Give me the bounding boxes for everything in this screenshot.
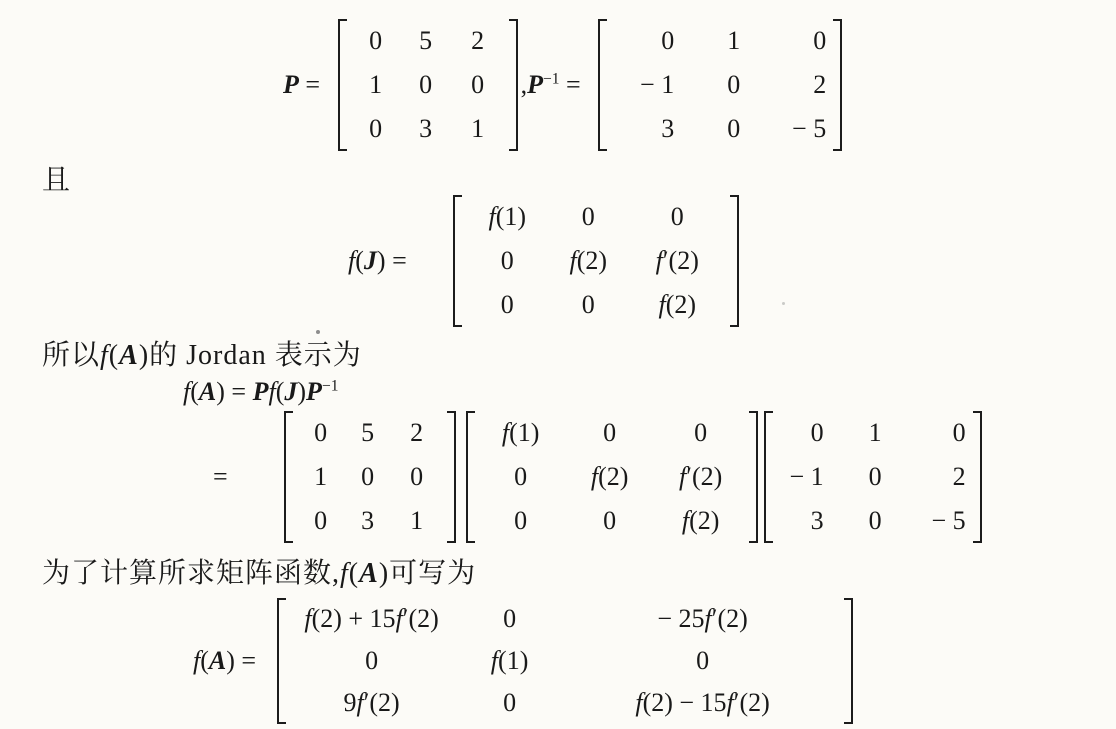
matrix-cell: 0 xyxy=(398,70,454,100)
matrix-cell: 2 xyxy=(740,70,826,100)
matrix-row: 100 xyxy=(300,455,440,499)
matrix-product-pinv-body: 010− 10230− 5 xyxy=(773,411,973,543)
matrix-cell: 0 xyxy=(300,418,342,448)
matrix-f-of-a-result-body: f(2) + 15f′(2)0− 25f′(2)0f(1)09f′(2)0f(2… xyxy=(286,598,844,724)
matrix-row: 0f(2)f′(2) xyxy=(469,239,723,283)
matrix-bracket-right xyxy=(973,411,982,543)
equation-lhs-fj: f(J) = xyxy=(348,246,413,276)
matrix-bracket-right xyxy=(749,411,758,543)
matrix-cell: 3 xyxy=(614,114,674,144)
matrix-row: − 102 xyxy=(614,63,826,107)
equation-lhs-p: P = xyxy=(283,70,327,100)
matrix-cell: 2 xyxy=(882,462,966,492)
matrix-row: f(1)00 xyxy=(482,411,742,455)
text-jordan-intro: 所以f(A)的 Jordan 表示为 xyxy=(42,333,362,373)
matrix-cell: 2 xyxy=(394,418,440,448)
matrix-product-pinv: 010− 10230− 5 xyxy=(764,411,982,543)
matrix-row: 0f(1)0 xyxy=(293,640,837,682)
matrix-cell: f(1) xyxy=(469,202,545,232)
matrix-cell: 0 xyxy=(454,70,502,100)
matrix-cell: 0 xyxy=(660,418,742,448)
equation-mid-pinv: ,P−1 = xyxy=(521,70,588,100)
matrix-bracket-left xyxy=(338,19,347,151)
matrix-cell: f(1) xyxy=(482,418,560,448)
matrix-cell: − 5 xyxy=(740,114,826,144)
matrix-cell: 0 xyxy=(545,202,631,232)
matrix-cell: 0 xyxy=(674,70,740,100)
matrix-cell: 0 xyxy=(354,114,398,144)
matrix-bracket-right xyxy=(833,19,842,151)
matrix-row: 010 xyxy=(614,19,826,63)
matrix-product-fj-body: f(1)000f(2)f′(2)00f(2) xyxy=(475,411,749,543)
matrix-cell: 0 xyxy=(824,462,882,492)
matrix-cell: 0 xyxy=(780,418,824,448)
scan-speck xyxy=(782,302,785,305)
matrix-row: 9f′(2)0f(2) − 15f′(2) xyxy=(293,682,837,724)
matrix-row: 30− 5 xyxy=(614,107,826,151)
equation-p-and-pinv: P = 052100031 ,P−1 = 010− 10230− 5 xyxy=(283,19,842,151)
matrix-cell: 1 xyxy=(300,462,342,492)
matrix-p: 052100031 xyxy=(338,19,518,151)
matrix-cell: 1 xyxy=(354,70,398,100)
matrix-bracket-right xyxy=(509,19,518,151)
matrix-p-inverse: 010− 10230− 5 xyxy=(598,19,842,151)
matrix-product-p: 052100031 xyxy=(284,411,456,543)
matrix-bracket-right xyxy=(844,598,853,724)
matrix-cell: 9f′(2) xyxy=(293,688,451,718)
matrix-bracket-left xyxy=(277,598,286,724)
matrix-cell: 0 xyxy=(482,506,560,536)
matrix-cell: f(2) xyxy=(660,506,742,536)
matrix-cell: 0 xyxy=(394,462,440,492)
equation-lhs-fa: f(A) = xyxy=(193,646,263,676)
equals-sign: = xyxy=(213,462,228,492)
matrix-cell: 1 xyxy=(824,418,882,448)
matrix-row: 031 xyxy=(354,107,502,151)
matrix-cell: 3 xyxy=(780,506,824,536)
matrix-cell: 0 xyxy=(614,26,674,56)
matrix-cell: 0 xyxy=(882,418,966,448)
matrix-product-fj: f(1)000f(2)f′(2)00f(2) xyxy=(466,411,758,543)
equation-f-of-a-result: f(A) = f(2) + 15f′(2)0− 25f′(2)0f(1)09f′… xyxy=(193,598,853,724)
matrix-cell: 0 xyxy=(569,646,837,676)
equation-f-of-j: f(J) = f(1)000f(2)f′(2)00f(2) xyxy=(348,195,739,327)
matrix-row: 00f(2) xyxy=(482,499,742,543)
matrix-bracket-left xyxy=(453,195,462,327)
matrix-row: f(2) + 15f′(2)0− 25f′(2) xyxy=(293,598,837,640)
matrix-cell: 1 xyxy=(674,26,740,56)
equation-matrix-product: = 052100031 f(1)000f(2)f′(2)00f(2) 010− … xyxy=(213,411,982,543)
matrix-bracket-left xyxy=(466,411,475,543)
matrix-cell: f(2) xyxy=(560,462,660,492)
matrix-cell: 0 xyxy=(469,246,545,276)
text-compute-intro: 为了计算所求矩阵函数,f(A)可写为 xyxy=(42,551,476,591)
matrix-cell: 0 xyxy=(740,26,826,56)
matrix-cell: 0 xyxy=(451,604,569,634)
equation-fa-pfjp: f(A) = Pf(J)P−1 xyxy=(183,377,339,407)
matrix-cell: − 1 xyxy=(780,462,824,492)
matrix-row: 031 xyxy=(300,499,440,543)
matrix-bracket-left xyxy=(764,411,773,543)
matrix-f-of-a-result: f(2) + 15f′(2)0− 25f′(2)0f(1)09f′(2)0f(2… xyxy=(277,598,853,724)
matrix-cell: 0 xyxy=(674,114,740,144)
matrix-bracket-left xyxy=(598,19,607,151)
matrix-cell: 0 xyxy=(451,688,569,718)
matrix-cell: f′(2) xyxy=(660,462,742,492)
matrix-f-of-j-body: f(1)000f(2)f′(2)00f(2) xyxy=(462,195,730,327)
matrix-cell: 1 xyxy=(454,114,502,144)
matrix-row: − 102 xyxy=(780,455,966,499)
matrix-bracket-right xyxy=(730,195,739,327)
matrix-cell: 0 xyxy=(560,418,660,448)
matrix-cell: 0 xyxy=(300,506,342,536)
matrix-cell: f(2) xyxy=(631,290,723,320)
scanned-textbook-page: P = 052100031 ,P−1 = 010− 10230− 5 且 f(J… xyxy=(0,0,1116,729)
matrix-row: 052 xyxy=(354,19,502,63)
matrix-cell: 0 xyxy=(354,26,398,56)
matrix-cell: − 1 xyxy=(614,70,674,100)
text-and-connector: 且 xyxy=(42,158,71,198)
scan-speck xyxy=(316,330,320,334)
matrix-cell: − 5 xyxy=(882,506,966,536)
matrix-cell: − 25f′(2) xyxy=(569,604,837,634)
matrix-bracket-right xyxy=(447,411,456,543)
matrix-cell: 0 xyxy=(545,290,631,320)
matrix-product-p-body: 052100031 xyxy=(293,411,447,543)
matrix-cell: 0 xyxy=(469,290,545,320)
matrix-cell: 0 xyxy=(560,506,660,536)
matrix-row: 100 xyxy=(354,63,502,107)
matrix-cell: 5 xyxy=(342,418,394,448)
matrix-cell: 0 xyxy=(342,462,394,492)
matrix-cell: 5 xyxy=(398,26,454,56)
matrix-row: 0f(2)f′(2) xyxy=(482,455,742,499)
matrix-cell: f(2) − 15f′(2) xyxy=(569,688,837,718)
matrix-cell: 3 xyxy=(398,114,454,144)
matrix-cell: 3 xyxy=(342,506,394,536)
matrix-row: f(1)00 xyxy=(469,195,723,239)
matrix-row: 30− 5 xyxy=(780,499,966,543)
matrix-cell: f(1) xyxy=(451,646,569,676)
matrix-cell: f′(2) xyxy=(631,246,723,276)
matrix-cell: 0 xyxy=(824,506,882,536)
matrix-cell: 1 xyxy=(394,506,440,536)
matrix-cell: 0 xyxy=(631,202,723,232)
matrix-cell: 2 xyxy=(454,26,502,56)
matrix-row: 00f(2) xyxy=(469,283,723,327)
matrix-row: 052 xyxy=(300,411,440,455)
matrix-p-inverse-body: 010− 10230− 5 xyxy=(607,19,833,151)
matrix-cell: f(2) xyxy=(545,246,631,276)
matrix-cell: 0 xyxy=(482,462,560,492)
matrix-cell: f(2) + 15f′(2) xyxy=(293,604,451,634)
matrix-bracket-left xyxy=(284,411,293,543)
matrix-cell: 0 xyxy=(293,646,451,676)
matrix-p-body: 052100031 xyxy=(347,19,509,151)
matrix-f-of-j: f(1)000f(2)f′(2)00f(2) xyxy=(453,195,739,327)
equation-jordan-representation: f(A) = Pf(J)P−1 xyxy=(183,377,339,407)
matrix-row: 010 xyxy=(780,411,966,455)
